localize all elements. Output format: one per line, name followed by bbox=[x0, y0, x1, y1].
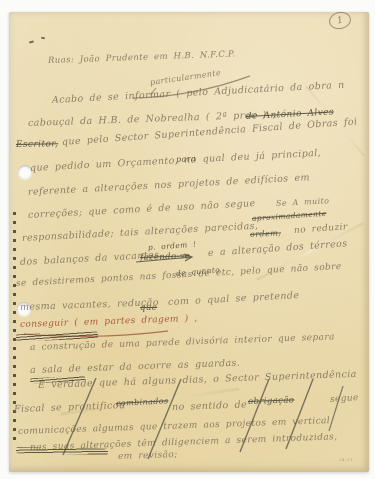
handwritten-line: obrigação bbox=[248, 395, 295, 407]
handwritten-line: segue bbox=[330, 393, 359, 405]
page-number: 1 bbox=[336, 15, 344, 26]
handwritten-line: ordem, bbox=[250, 228, 281, 239]
ink-speck bbox=[41, 37, 45, 40]
handwritten-line: em revisão; bbox=[118, 450, 178, 462]
handwritten-line: para bbox=[176, 154, 197, 164]
corner-annotation: 24-11 bbox=[339, 457, 353, 462]
scanned-manuscript-page: { "page": { "number": "1", "corner_mark"… bbox=[0, 0, 375, 479]
handwritten-line: que bbox=[140, 303, 157, 313]
handwritten-line: Escritor, bbox=[16, 139, 58, 150]
handwritten-line: fazendo-se bbox=[140, 251, 190, 263]
